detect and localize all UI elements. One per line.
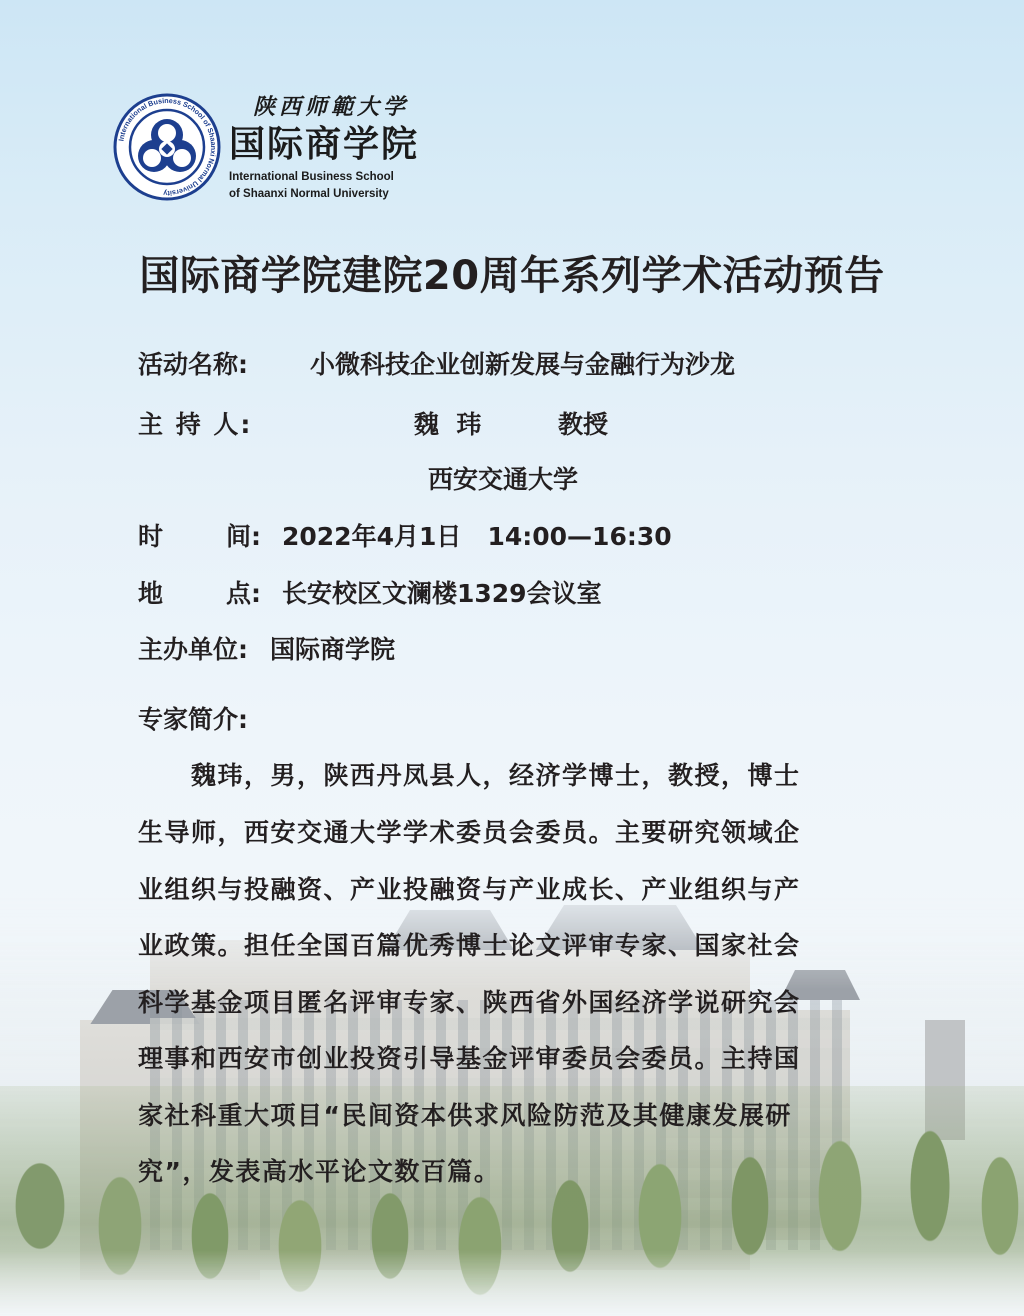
school-name-en-1: International Business School: [229, 171, 419, 184]
event-name-label: 活动名称:: [138, 345, 248, 385]
time-label-1: 时: [138, 517, 163, 557]
place-label-1: 地: [138, 574, 163, 614]
place-label-2: 点:: [226, 574, 261, 614]
school-name-cn: 国际商学院: [229, 123, 419, 167]
logo-text: 陕西师範大学 国际商学院 International Business Scho…: [229, 93, 419, 201]
place-value: 长安校区文澜楼1329会议室: [282, 574, 602, 614]
school-logo: International Business School of Shaanxi…: [113, 93, 419, 201]
page-title: 国际商学院建院20周年系列学术活动预告: [0, 250, 1024, 302]
bio-title: 专家简介:: [138, 700, 898, 740]
bio-line: 业政策。担任全国百篇优秀博士论文评审专家、国家社会: [138, 926, 801, 966]
bio-line: 家社科重大项目“民间资本供求风险防范及其健康发展研: [138, 1096, 792, 1136]
organizer-value: 国际商学院: [270, 630, 395, 670]
bio-line: 生导师，西安交通大学学术委员会委员。主要研究领域企: [138, 813, 801, 853]
bio-line: 科学基金项目匿名评审专家、陕西省外国经济学说研究会: [138, 983, 801, 1023]
university-name-cn: 陕西师範大学: [253, 93, 419, 121]
biohazard-emblem-icon: International Business School of Shaanxi…: [113, 93, 221, 201]
host-title: 教授: [558, 405, 608, 445]
bio-line: 理事和西安市创业投资引导基金评审委员会委员。主持国: [138, 1039, 801, 1079]
school-name-en-2: of Shaanxi Normal University: [229, 188, 419, 201]
event-name-value: 小微科技企业创新发展与金融行为沙龙: [310, 345, 735, 385]
host-affiliation: 西安交通大学: [428, 460, 578, 500]
organizer-label: 主办单位:: [138, 630, 248, 670]
time-label-2: 间:: [226, 517, 261, 557]
expert-bio: 专家简介: 魏玮，男，陕西丹凤县人，经济学博士，教授，博士 生导师，西安交通大学…: [138, 700, 898, 740]
bio-line: 业组织与投融资、产业投融资与产业成长、产业组织与产: [138, 870, 801, 910]
host-label: 主 持 人:: [138, 405, 252, 445]
bio-line: 魏玮，男，陕西丹凤县人，经济学博士，教授，博士: [138, 756, 801, 796]
time-value: 2022年4月1日 14:00—16:30: [282, 517, 672, 557]
host-name: 魏 玮: [414, 405, 481, 445]
bio-line: 究”，发表高水平论文数百篇。: [138, 1152, 500, 1192]
